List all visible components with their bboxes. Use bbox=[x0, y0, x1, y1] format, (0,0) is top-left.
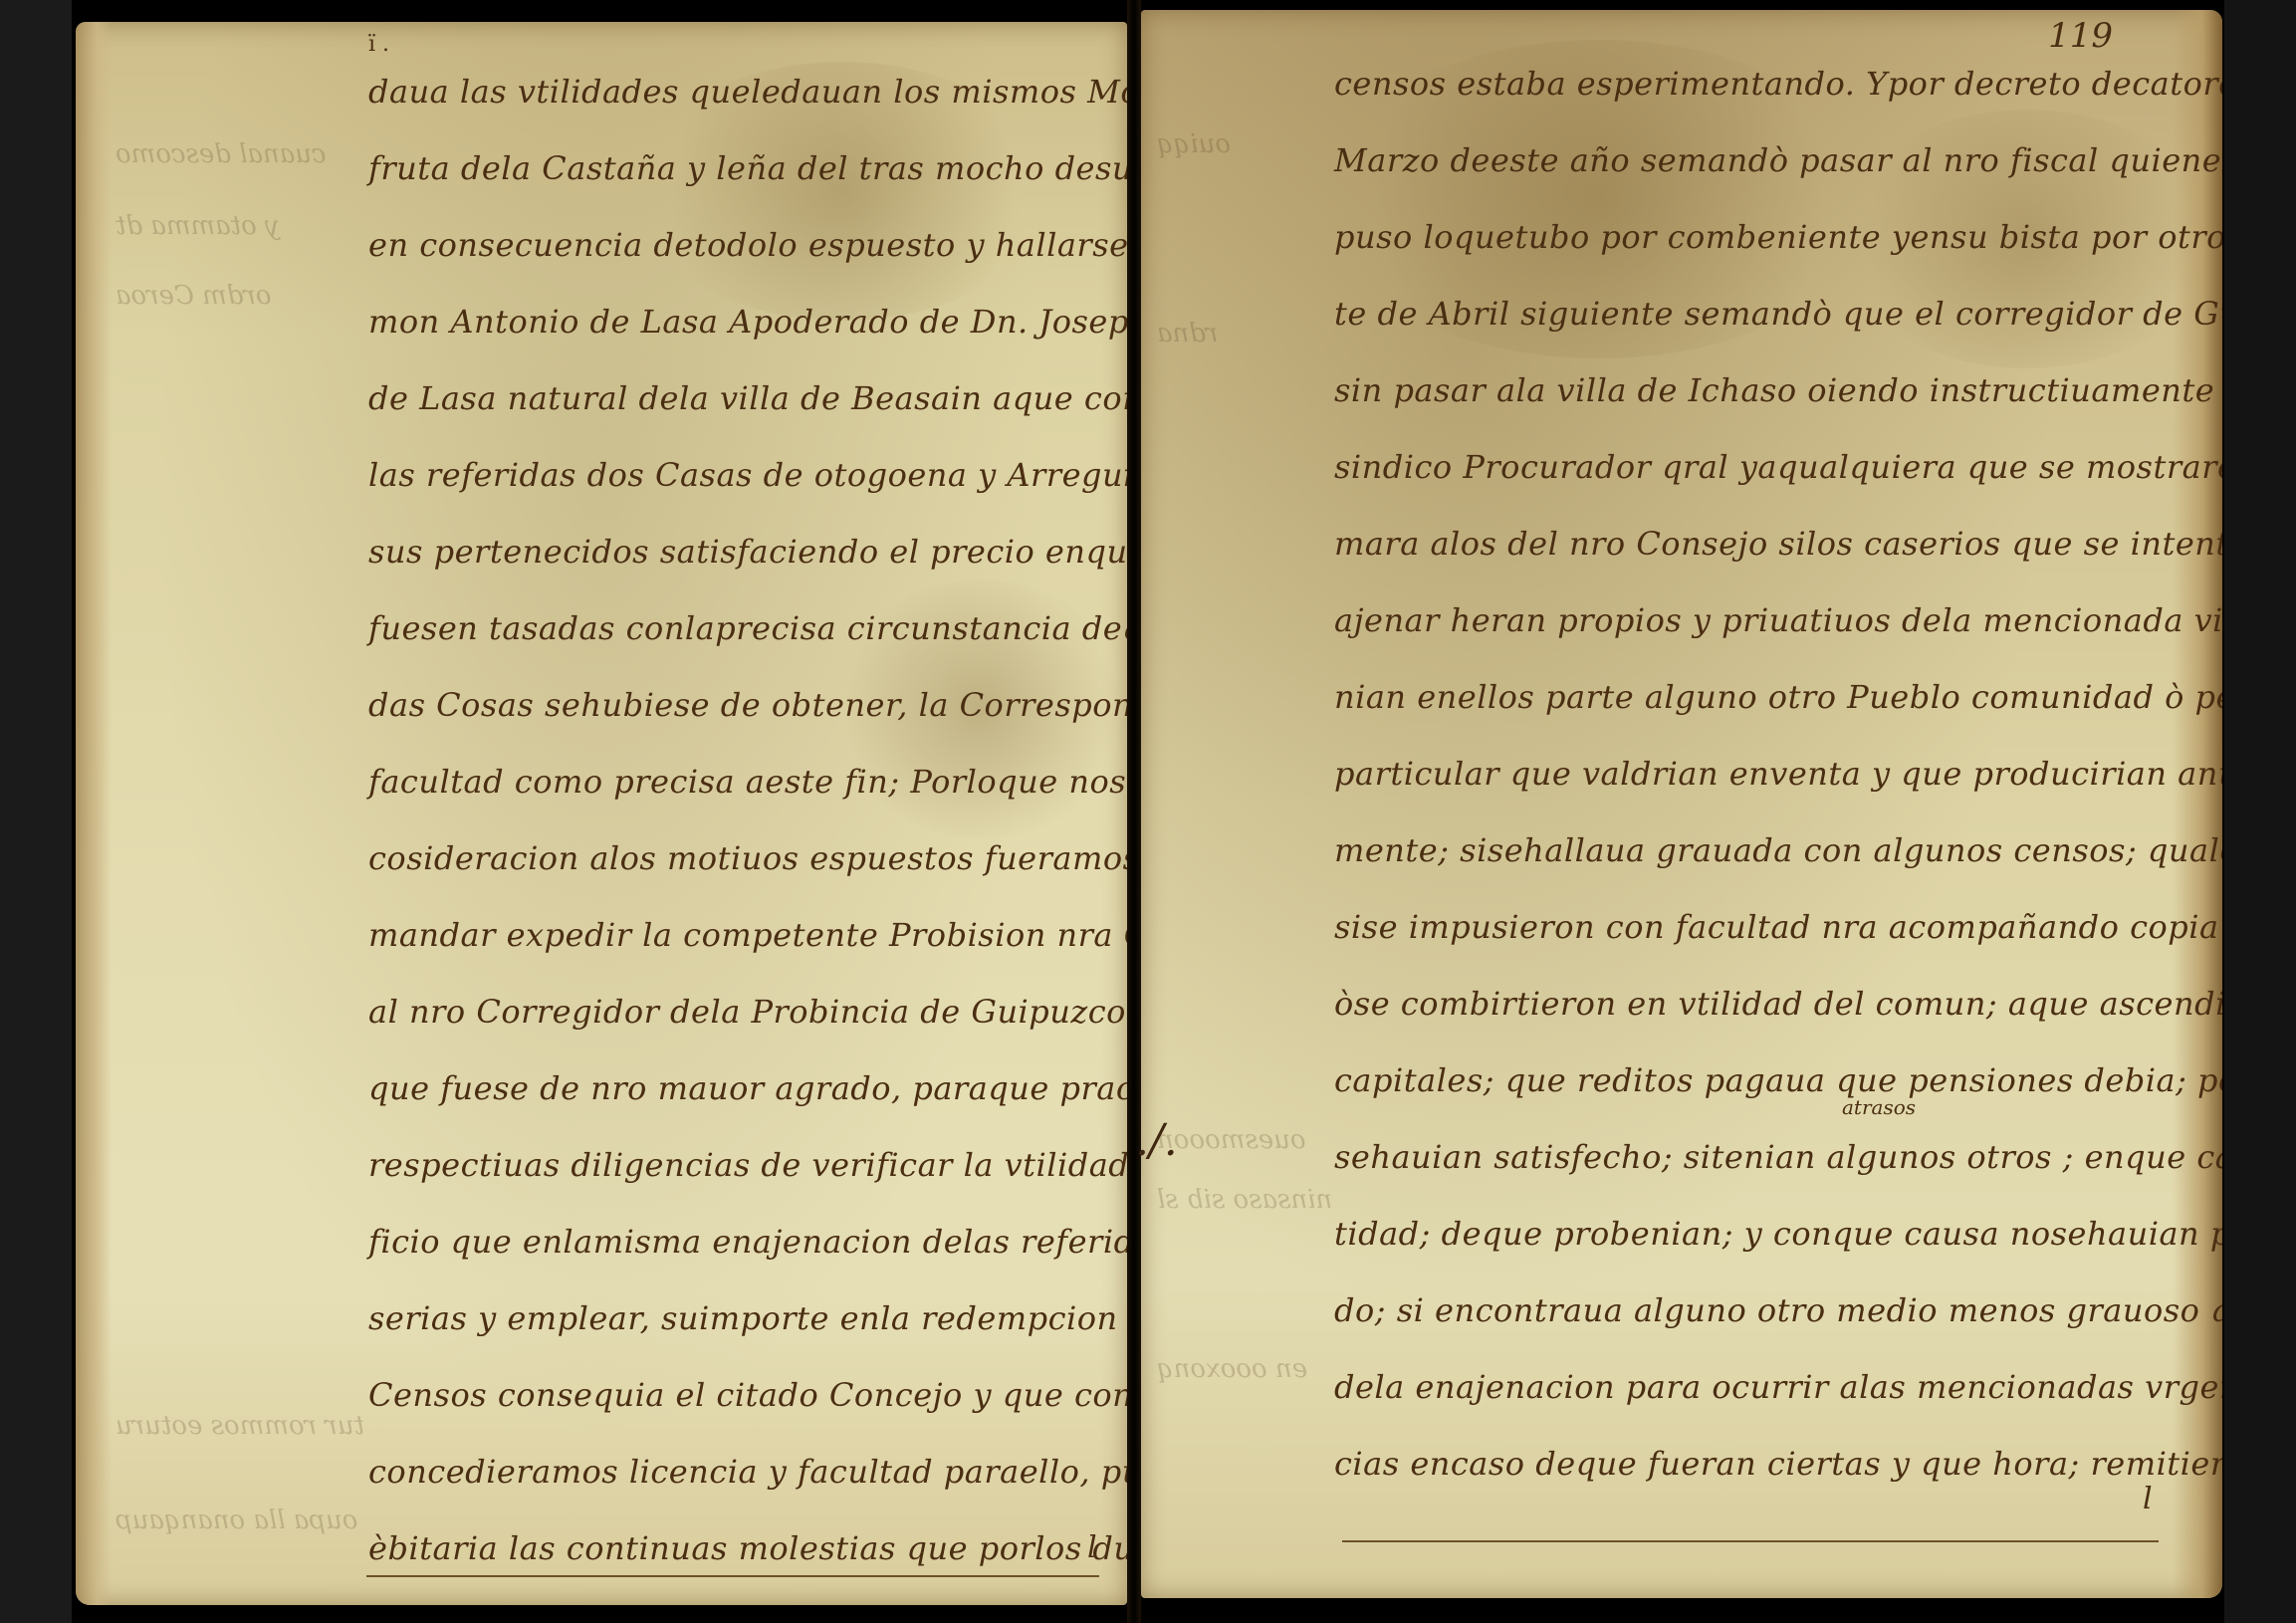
folio-number: 119 bbox=[2048, 16, 2113, 56]
bleed-through-text: cuanal descomo bbox=[115, 139, 327, 169]
catchword-mark: l bbox=[1087, 1530, 1097, 1565]
right-page: ouiqq rdna ouesmooon ninsaso sib sl en o… bbox=[1141, 10, 2222, 1598]
bleed-through-text: en oooxonq bbox=[1157, 1354, 1307, 1384]
manuscript-line: que fuese de nro mauor agrado, paraque p… bbox=[368, 1058, 1095, 1135]
manuscript-line: sehauian satisfecho; sitenian algunos ot… bbox=[1334, 1127, 2181, 1204]
top-ink-mark: ï . bbox=[368, 32, 389, 57]
manuscript-line: Censos consequia el citado Concejo y que… bbox=[368, 1365, 1095, 1442]
book-gutter bbox=[1127, 0, 1141, 1623]
manuscript-line: puso loquetubo por combeniente yensu bis… bbox=[1334, 207, 2181, 284]
left-background-strip bbox=[0, 0, 72, 1623]
manuscript-line: fruta dela Castaña y leña del tras mocho… bbox=[368, 138, 1095, 215]
bleed-through-text: ouiqq bbox=[1157, 129, 1231, 159]
right-background-strip bbox=[2224, 0, 2296, 1623]
manuscript-line: mon Antonio de Lasa Apoderado de Dn. Jos… bbox=[368, 292, 1095, 368]
manuscript-line: Marzo deeste año semandò pasar al nro fi… bbox=[1334, 130, 2181, 207]
manuscript-line: nian enellos parte alguno otro Pueblo co… bbox=[1334, 667, 2181, 744]
right-page-text: censos estaba esperimentando. Ypor decre… bbox=[1334, 54, 2190, 1510]
manuscript-line: las referidas dos Casas de otogoena y Ar… bbox=[368, 445, 1095, 522]
manuscript-line: daua las vtilidades queledauan los mismo… bbox=[368, 62, 1095, 138]
manuscript-line: sus pertenecidos satisfaciendo el precio… bbox=[368, 522, 1095, 598]
manuscript-line: do; si encontraua alguno otro medio meno… bbox=[1334, 1280, 2181, 1357]
manuscript-line: cias encaso deque fueran ciertas y que h… bbox=[1334, 1434, 2181, 1510]
manuscript-line: al nro Corregidor dela Probincia de Guip… bbox=[368, 982, 1095, 1058]
left-page-end-rule bbox=[366, 1575, 1099, 1577]
manuscript-line: fuesen tasadas conlaprecisa circunstanci… bbox=[368, 598, 1095, 675]
manuscript-line: de Lasa natural dela villa de Beasain aq… bbox=[368, 368, 1095, 445]
manuscript-line: serias y emplear, suimporte enla redempc… bbox=[368, 1288, 1095, 1365]
manuscript-line: sin pasar ala villa de Ichaso oiendo ins… bbox=[1334, 360, 2181, 437]
manuscript-line: en consecuencia detodolo espuesto y hall… bbox=[368, 215, 1095, 292]
manuscript-line: ajenar heran propios y priuatiuos dela m… bbox=[1334, 590, 2181, 667]
bleed-through-text: ouesmooon bbox=[1157, 1125, 1306, 1155]
manuscript-line: capitales; que reditos pagaua que pensio… bbox=[1334, 1050, 2181, 1127]
manuscript-line: òse combirtieron en vtilidad del comun; … bbox=[1334, 974, 2181, 1050]
bleed-through-text: rdna bbox=[1157, 319, 1218, 348]
manuscript-line: dela enajenacion para ocurrir alas menci… bbox=[1334, 1357, 2181, 1434]
manuscript-line: censos estaba esperimentando. Ypor decre… bbox=[1334, 54, 2181, 130]
manuscript-line: ficio que enlamisma enajenacion delas re… bbox=[368, 1212, 1095, 1288]
left-page: cuanal descomo y otamma dt ordm Ceroa tu… bbox=[76, 22, 1127, 1605]
manuscript-line: facultad como precisa aeste fin; Porloqu… bbox=[368, 752, 1095, 828]
bleed-through-text: ordm Ceroa bbox=[115, 281, 272, 311]
manuscript-line: respectiuas diligencias de verificar la … bbox=[368, 1135, 1095, 1212]
bleed-through-text: ninsaso sib sl bbox=[1157, 1185, 1332, 1215]
catchword-mark: l bbox=[2143, 1482, 2153, 1516]
manuscript-line: sise impusieron con facultad nra acompañ… bbox=[1334, 897, 2181, 974]
margin-insertion-mark: ./. bbox=[1135, 1115, 1178, 1166]
manuscript-line: mandar expedir la competente Probision n… bbox=[368, 905, 1095, 982]
manuscript-line: particular que valdrian enventa y que pr… bbox=[1334, 744, 2181, 820]
manuscript-line: cosideracion alos motiuos espuestos fuer… bbox=[368, 828, 1095, 905]
right-page-end-rule bbox=[1342, 1540, 2159, 1542]
bleed-through-text: tur rommos eoturu bbox=[115, 1411, 364, 1441]
bleed-through-text: y otamma dt bbox=[115, 211, 280, 241]
manuscript-line: mara alos del nro Consejo silos caserios… bbox=[1334, 514, 2181, 590]
left-page-text: daua las vtilidades queledauan los mismo… bbox=[368, 62, 1105, 1595]
manuscript-line: concedieramos licencia y facultad parael… bbox=[368, 1442, 1095, 1518]
manuscript-line: te de Abril siguiente semandò que el cor… bbox=[1334, 284, 2181, 360]
left-page-worn-edge bbox=[76, 22, 112, 1605]
manuscript-line: èbitaria las continuas molestias que por… bbox=[368, 1518, 1095, 1595]
manuscript-line: das Cosas sehubiese de obtener, la Corre… bbox=[368, 675, 1095, 752]
manuscript-line: mente; sisehallaua grauada con algunos c… bbox=[1334, 820, 2181, 897]
interlinear-insertion: atrasos bbox=[1842, 1095, 1916, 1119]
bleed-through-text: oupa lla onanqaup bbox=[115, 1506, 357, 1535]
manuscript-line: sindico Procurador qral yaqualquiera que… bbox=[1334, 437, 2181, 514]
manuscript-line: tidad; deque probenian; y conque causa n… bbox=[1334, 1204, 2181, 1280]
